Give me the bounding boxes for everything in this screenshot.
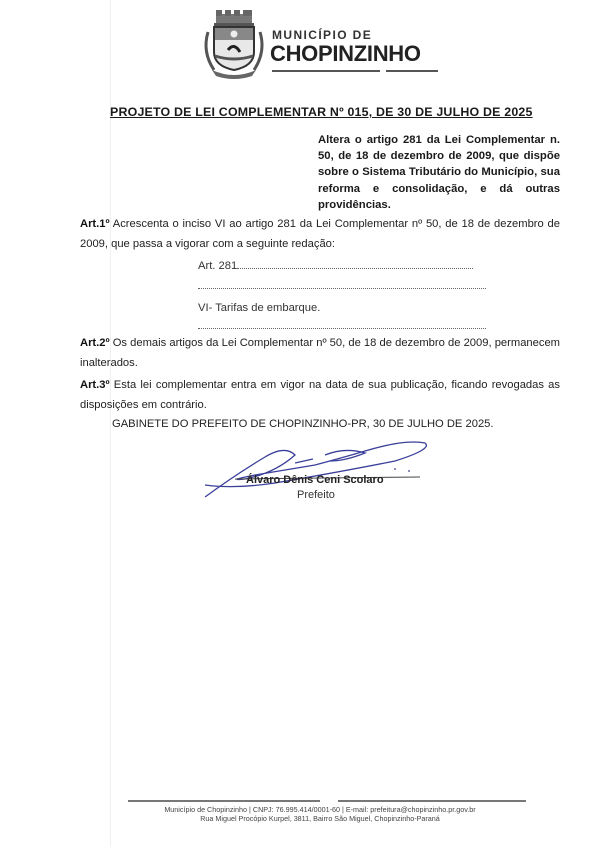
quoted-inciso: VI- Tarifas de embarque. (198, 302, 488, 314)
article-label: Art.2º (80, 337, 110, 349)
quoted-ellipsis (198, 320, 488, 332)
article-text: Esta lei complementar entra em vigor na … (80, 379, 560, 411)
article-2: Art.2º Os demais artigos da Lei Compleme… (80, 333, 560, 373)
footer-divider (128, 800, 320, 802)
ellipsis-dots (198, 320, 486, 329)
closing-statement: GABINETE DO PREFEITO DE CHOPINZINHO-PR, … (112, 418, 494, 430)
signer-role: Prefeito (297, 489, 335, 501)
signer-name: Álvaro Dênis Ceni Scolaro (246, 474, 384, 486)
quoted-article-label: Art. 281 (198, 260, 237, 272)
article-1: Art.1º Acrescenta o inciso VI ao artigo … (80, 214, 560, 254)
footer-address: Rua Miguel Procópio Kurpel, 3811, Bairro… (0, 814, 600, 823)
header-divider (272, 70, 380, 72)
document-title: PROJETO DE LEI COMPLEMENTAR Nº 015, DE 3… (110, 105, 533, 119)
footer-divider (338, 800, 526, 802)
letterhead: MUNICÍPIO DE CHOPINZINHO (200, 8, 430, 86)
article-label: Art.3º (80, 379, 110, 391)
ellipsis-dots (237, 260, 473, 269)
header-divider (386, 70, 438, 72)
municipality-label: MUNICÍPIO DE (272, 28, 372, 42)
quoted-article-ref: Art. 281 (198, 260, 488, 272)
municipality-name: CHOPINZINHO (270, 41, 421, 67)
coat-of-arms-icon (200, 8, 268, 80)
document-page: MUNICÍPIO DE CHOPINZINHO PROJETO DE LEI … (0, 0, 600, 847)
page-margin-line (110, 0, 111, 847)
article-3: Art.3º Esta lei complementar entra em vi… (80, 375, 560, 415)
ementa: Altera o artigo 281 da Lei Complementar … (318, 132, 560, 213)
ellipsis-dots (198, 280, 486, 289)
footer-contact: Município de Chopinzinho | CNPJ: 76.995.… (0, 805, 600, 814)
article-text: Acrescenta o inciso VI ao artigo 281 da … (80, 218, 560, 250)
article-label: Art.1º (80, 218, 110, 230)
quoted-ellipsis (198, 280, 488, 292)
article-text: Os demais artigos da Lei Complementar nº… (80, 337, 560, 369)
